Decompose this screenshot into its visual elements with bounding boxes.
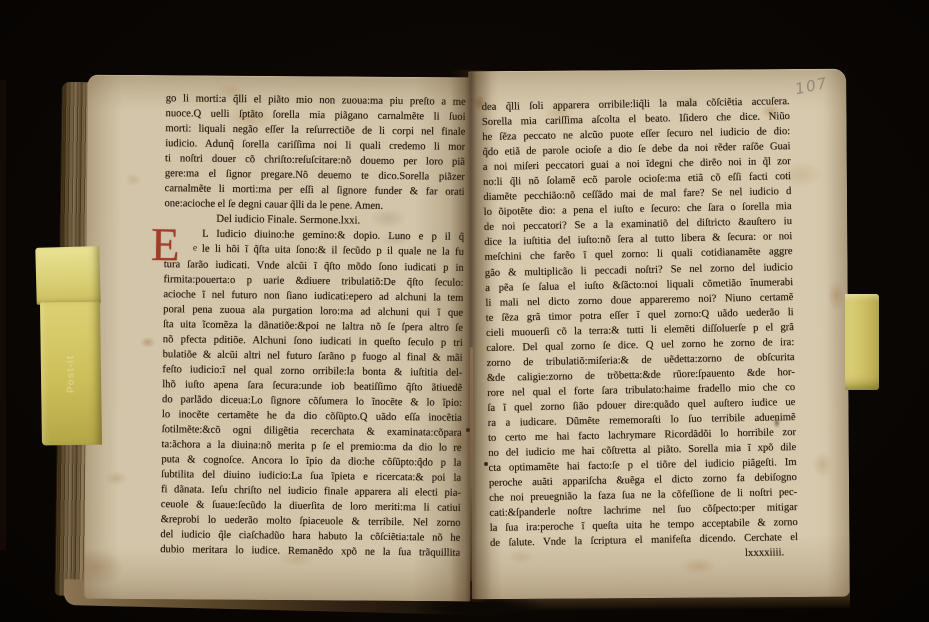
bookmark-tab-left-upper <box>35 246 100 305</box>
bookmark-tab-left-lower: Post-it <box>40 302 102 446</box>
right-page-paragraph: dea q̃lli ſoli apparera orribile:liq̃li … <box>482 94 799 551</box>
rubricated-initial-E: E <box>151 223 180 267</box>
left-page-intro-paragraph: go li morti:a q̃lli el piãto mio non zuo… <box>164 91 465 215</box>
guide-letter: e <box>193 244 197 254</box>
paragraph-lines: L Iudicio diuino:he gemino:& dopio. Luno… <box>160 227 464 562</box>
left-page-text: go li morti:a q̃lli el piãto mio non zuo… <box>160 91 466 561</box>
margin-annotation-dot <box>466 428 470 432</box>
incunable-book-photo: go li morti:a q̃lli el piãto mio non zuo… <box>0 0 929 622</box>
drop-cap-paragraph: E e L Iudicio diuino:he gemino:& dopio. … <box>160 227 464 562</box>
bookmark-tab-right <box>845 294 879 390</box>
margin-annotation-dot <box>484 462 488 466</box>
right-page-text: dea q̃lli ſoli apparera orribile:liq̃li … <box>482 94 799 566</box>
slide-mount-edge <box>0 80 6 550</box>
postit-brand-label: Post-it <box>65 354 77 392</box>
